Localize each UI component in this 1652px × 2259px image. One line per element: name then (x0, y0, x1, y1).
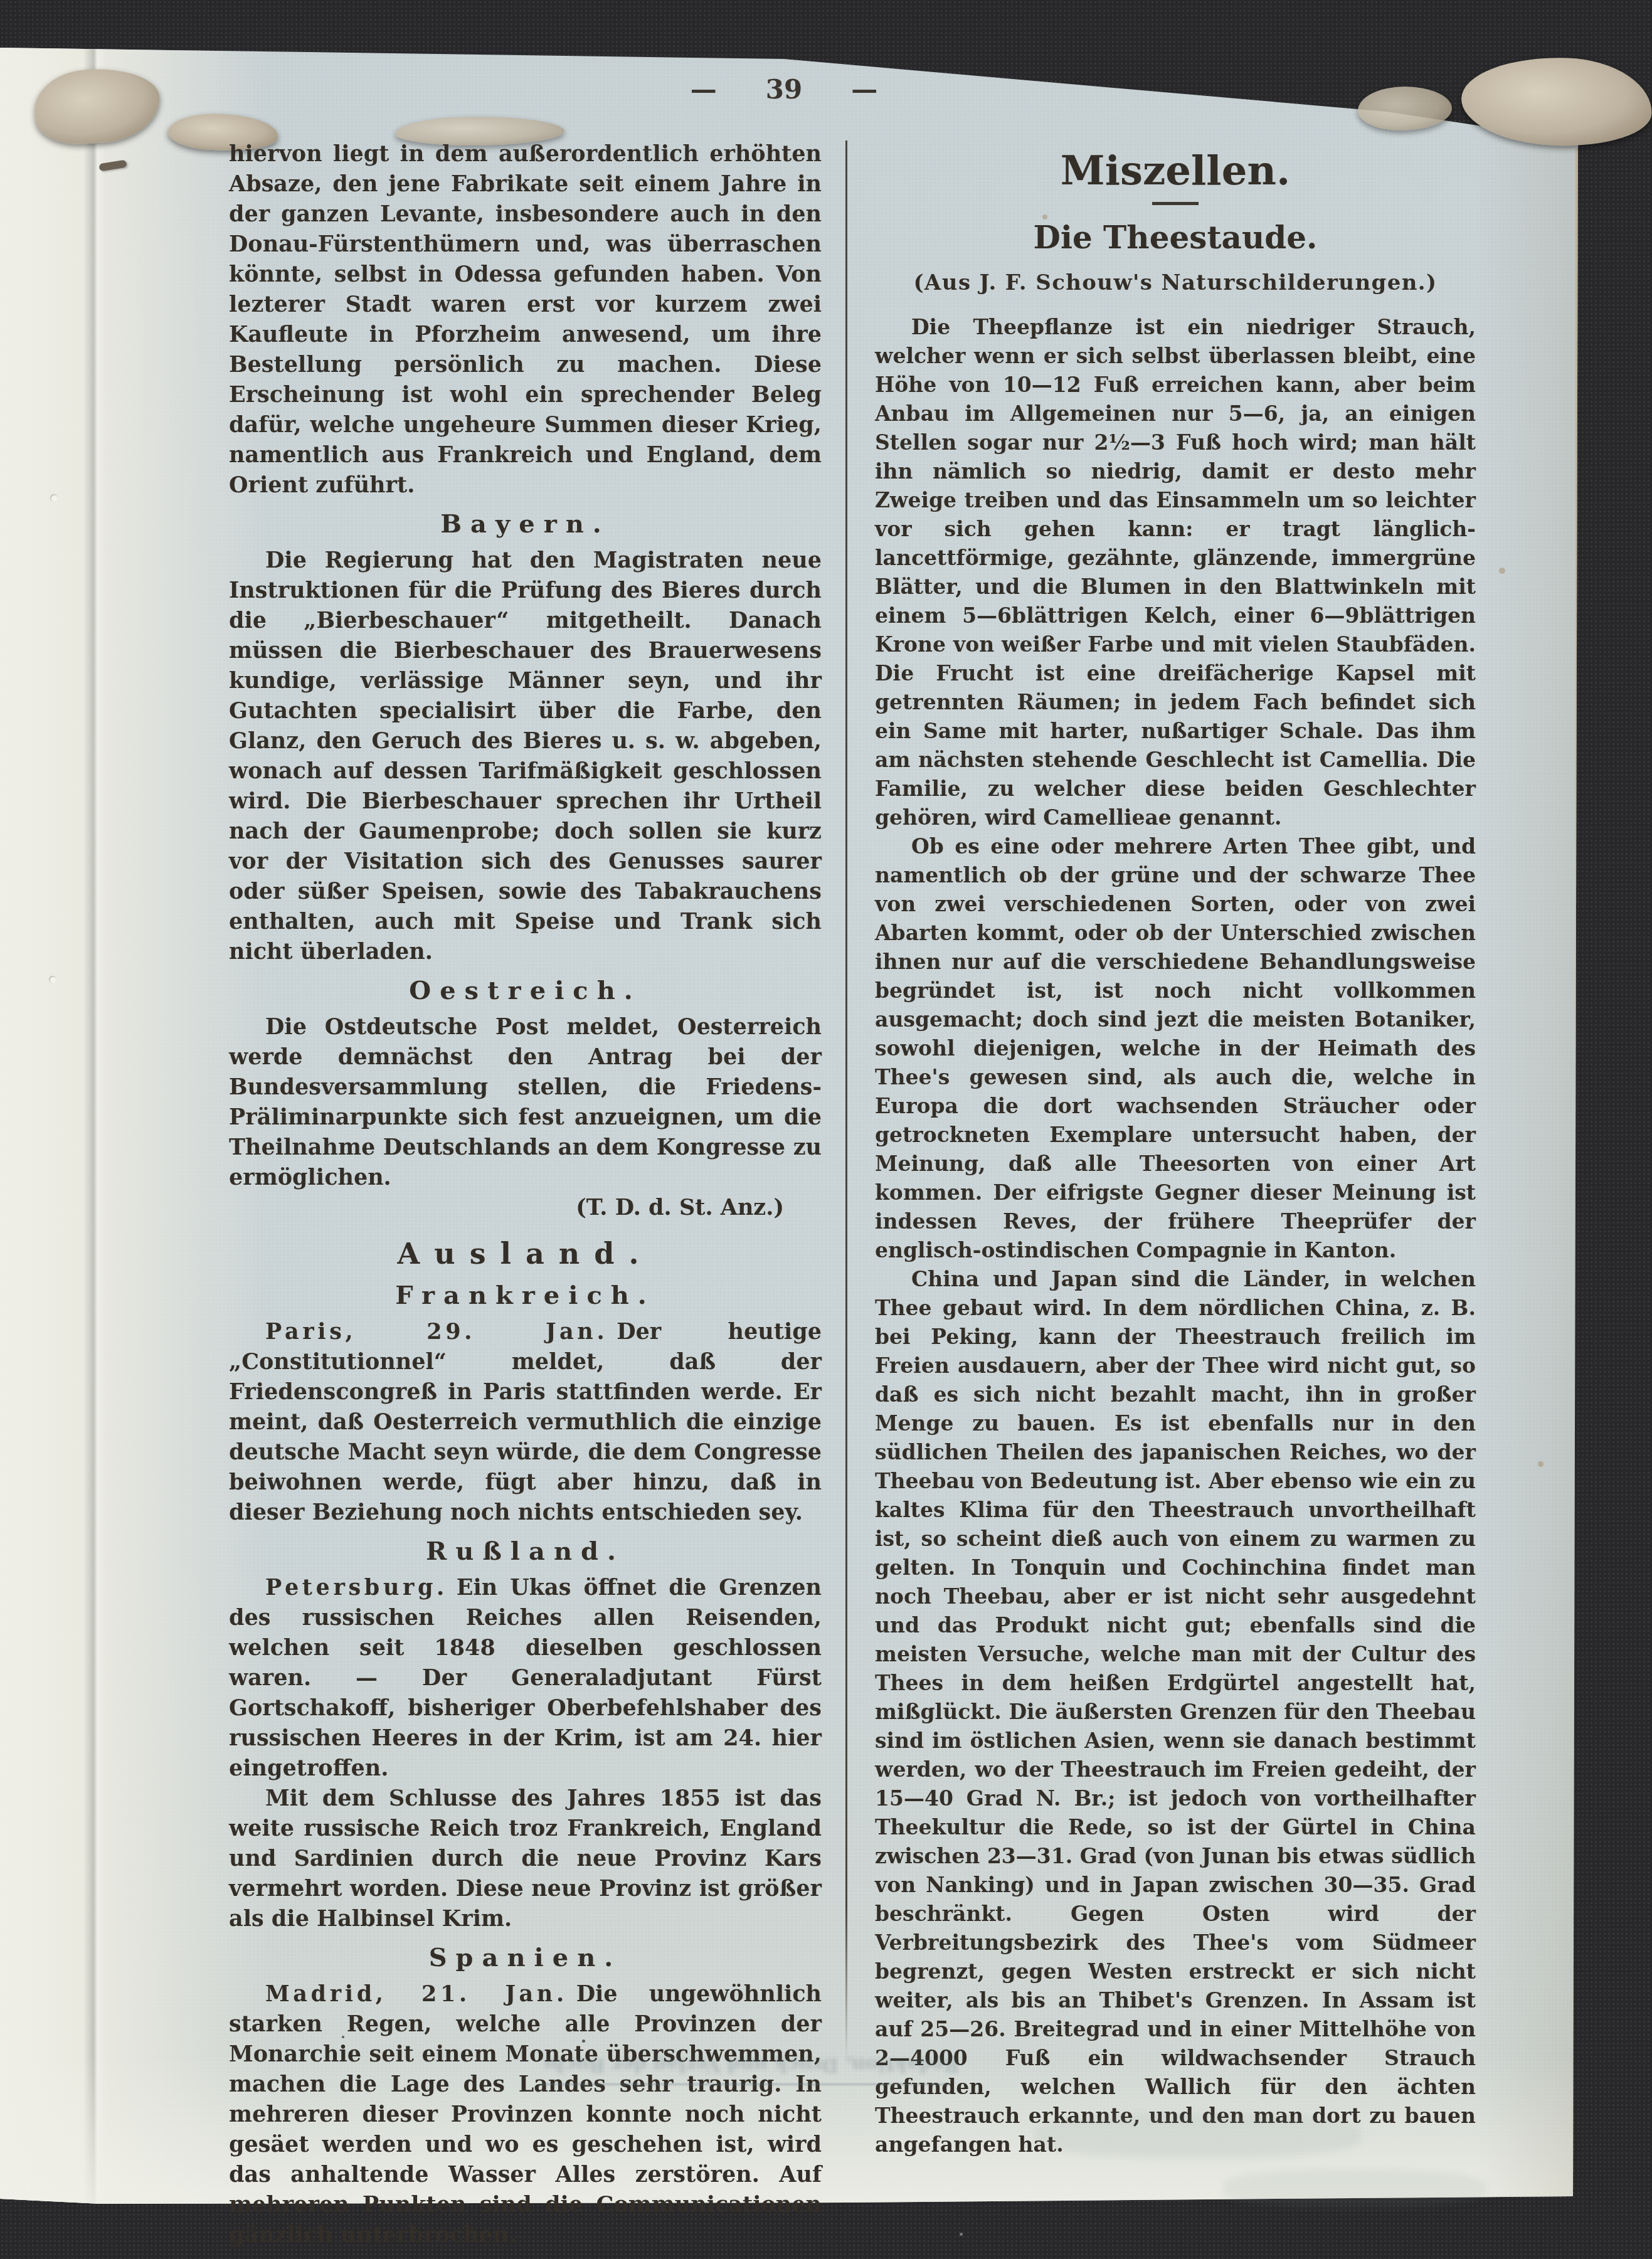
frankreich-paragraph-text: Der heutige „Constitutionnel“ meldet, da… (229, 1319, 822, 1525)
title-rule (1152, 202, 1199, 205)
section-heading-bayern: Bayern. (229, 508, 822, 541)
section-heading-russland: Rußland. (229, 1535, 822, 1568)
page-number-dash: — (851, 74, 877, 105)
page-number-dash: — (691, 74, 717, 105)
binding-hole (49, 976, 56, 983)
russland-paragraph-1: Petersburg.Ein Ukas öffnet die Grenzen d… (229, 1573, 822, 1784)
section-heading-ausland: Ausland. (229, 1235, 822, 1272)
source-attribution: (T. D. d. St. Anz.) (229, 1193, 822, 1223)
foxing-spot (1042, 214, 1047, 220)
dateline-petersburg: Petersburg. (265, 1575, 448, 1600)
dust-speck (342, 2036, 344, 2038)
continuation-paragraph: hiervon liegt in dem außerordentlich erh… (229, 139, 822, 500)
russland-paragraph-2: Mit dem Schlusse des Jahres 1855 ist das… (229, 1784, 822, 1934)
dust-speck (960, 2233, 963, 2236)
spanien-paragraph-text: Die ungewöhnlich starken Regen, welche a… (229, 1981, 822, 2248)
left-column: hiervon liegt in dem außerordentlich erh… (229, 139, 822, 2250)
theestaude-paragraph-3: China und Japan sind die Länder, in welc… (875, 1265, 1476, 2159)
frankreich-paragraph: Paris, 29. Jan.Der heutige „Constitution… (229, 1317, 822, 1528)
foxing-spot (1499, 568, 1505, 574)
binding-hole (50, 494, 58, 502)
section-heading-frankreich: Frankreich. (229, 1279, 822, 1312)
bayern-paragraph: Die Regierung hat den Magistraten neue I… (229, 546, 822, 967)
article-title-theestaude: Die Theestaude. (875, 219, 1476, 257)
theestaude-paragraph-2: Ob es eine oder mehrere Arten Thee gibt,… (875, 832, 1476, 1265)
theestaude-paragraph-1: Die Theepflanze ist ein niedriger Strauc… (875, 313, 1476, 832)
spanien-paragraph: Madrid, 21. Jan.Die ungewöhnlich starken… (229, 1979, 822, 2250)
right-column: Miszellen. Die Theestaude. (Aus J. F. Sc… (875, 149, 1476, 2159)
dateline-madrid: Madrid, 21. Jan. (265, 1981, 568, 2007)
verso-show-through-smudge (1223, 2170, 1486, 2208)
page-number-value: 39 (766, 74, 802, 105)
foxing-spot (1538, 1461, 1543, 1467)
scanned-newspaper-photo: { "page_header": { "dash_left": "—", "pa… (0, 0, 1652, 2259)
section-heading-spanien: Spanien. (229, 1942, 822, 1974)
miszellen-title: Miszellen. (875, 149, 1476, 193)
russland-paragraph-1-text: Ein Ukas öffnet die Grenzen des russisch… (229, 1575, 822, 1781)
page-right-shading (1476, 41, 1583, 2206)
verso-show-through-rule (541, 2083, 948, 2085)
column-divider-rule (845, 140, 847, 2061)
verso-show-through-smudge (1035, 2114, 1361, 2157)
dust-speck (582, 2039, 585, 2043)
article-source-line: (Aus J. F. Schouw's Naturschilderungen.) (875, 269, 1476, 297)
dateline-paris: Paris, 29. Jan. (265, 1319, 608, 1345)
section-heading-oestreich: Oestreich. (229, 975, 822, 1007)
verso-show-through-imprint: Redaktion, Druck und Verlag der Buchdruc… (546, 2043, 960, 2076)
oestreich-paragraph: Die Ostdeutsche Post meldet, Oesterreich… (229, 1012, 822, 1193)
gutter-crease-line (83, 41, 106, 2206)
page-number: — 39 — (640, 74, 928, 105)
